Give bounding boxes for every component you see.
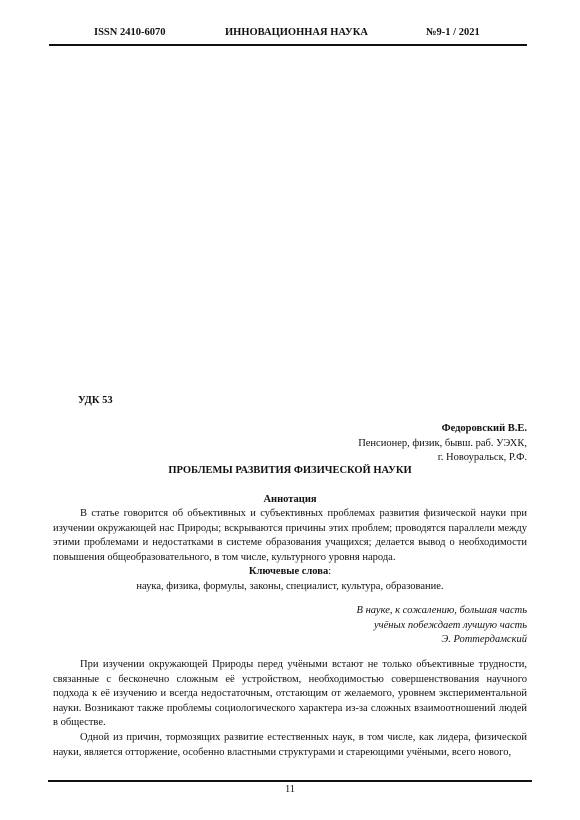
epigraph: В науке, к сожалению, большая часть учён… (357, 604, 527, 648)
header-divider (49, 44, 527, 46)
author-block: Федоровский В.Е. Пенсионер, физик, бывш.… (358, 422, 527, 466)
keywords-heading: Ключевые слова: (53, 566, 527, 577)
annotation-heading: Аннотация (53, 494, 527, 505)
epigraph-line-2: учёных побеждает лучшую часть (357, 619, 527, 634)
author-name: Федоровский В.Е. (358, 422, 527, 437)
keywords-heading-colon: : (328, 566, 331, 577)
author-location: г. Новоуральск, Р.Ф. (358, 451, 527, 466)
running-header: ISSN 2410-6070 ИННОВАЦИОННАЯ НАУКА №9-1 … (50, 27, 528, 41)
footer-divider (48, 780, 532, 782)
article-title: ПРОБЛЕМЫ РАЗВИТИЯ ФИЗИЧЕСКОЙ НАУКИ (53, 465, 527, 476)
header-issue-number: №9-1 / 2021 (426, 27, 480, 38)
body-paragraph: При изучении окружающей Природы перед уч… (53, 658, 527, 731)
body-paragraph: Одной из причин, тормозящих развитие ест… (53, 731, 527, 760)
keywords-list: наука, физика, формулы, законы, специали… (53, 581, 527, 592)
epigraph-line-1: В науке, к сожалению, большая часть (357, 604, 527, 619)
header-issn: ISSN 2410-6070 (94, 27, 165, 38)
author-affiliation: Пенсионер, физик, бывш. раб. УЭХК, (358, 437, 527, 452)
page-number: 11 (48, 784, 532, 795)
udk-code: УДК 53 (78, 395, 113, 406)
annotation-text: В статье говорится об объективных и субъ… (53, 507, 527, 565)
epigraph-attribution: Э. Роттердамский (357, 633, 527, 648)
header-journal-title: ИННОВАЦИОННАЯ НАУКА (225, 27, 368, 38)
keywords-heading-label: Ключевые слова (249, 566, 328, 577)
